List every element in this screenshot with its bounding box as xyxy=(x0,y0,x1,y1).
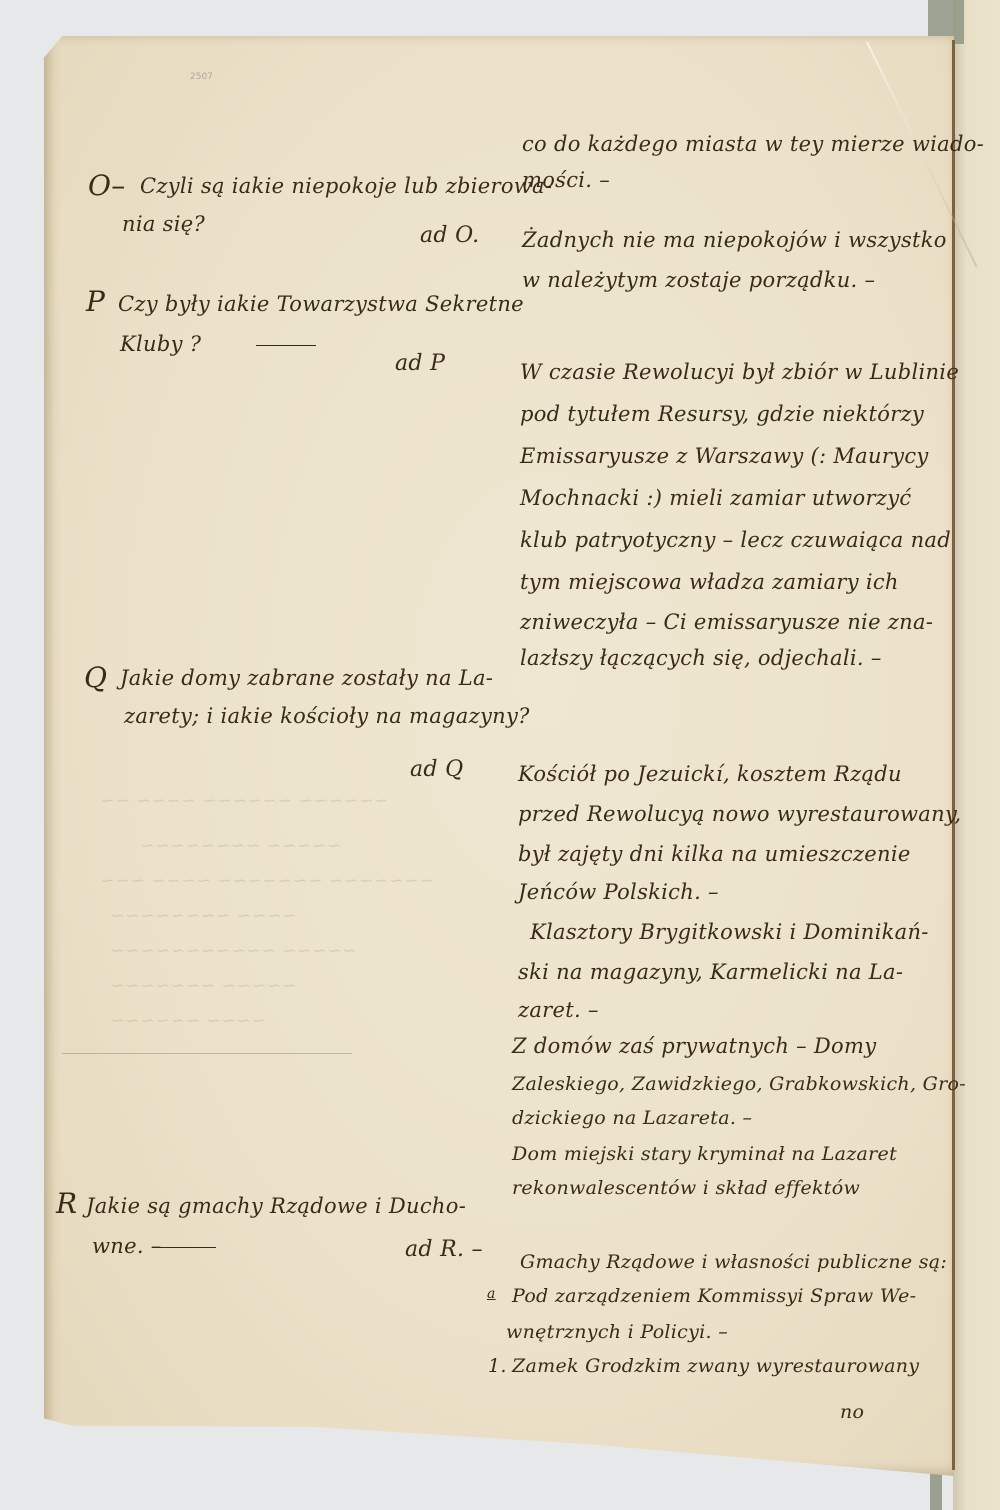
question-line: nia się? xyxy=(122,206,205,242)
answer-line: Klasztory Brygitkowski i Dominikań- xyxy=(530,914,929,950)
answer-line: Jeńców Polskich. – xyxy=(518,874,719,910)
dash-rule xyxy=(250,326,322,362)
question-line: Jakie domy zabrane zostały na La- xyxy=(120,660,493,696)
answer-ref: ad Q xyxy=(410,752,463,788)
item-marker: a xyxy=(487,1276,496,1312)
bleed-through: ~~~~~ ~~~~~~~~ xyxy=(140,835,342,856)
answer-line: ski na magazyny, Karmelicki na La- xyxy=(518,954,903,990)
answer-line: Z domów zaś prywatnych – Domy xyxy=(512,1028,876,1064)
bleed-through: ~~~~ ~~~~~~ xyxy=(110,1010,267,1031)
answer-line: Gmachy Rządowe i własności publiczne są: xyxy=(520,1244,947,1280)
answer-line: wnętrznych i Policyi. – xyxy=(506,1314,728,1350)
item-marker: 1. xyxy=(488,1348,507,1384)
answer-line: pod tytułem Resursy, gdzie niektórzy xyxy=(520,396,924,432)
question-line: Kluby ? xyxy=(120,326,201,362)
pencil-note: 2507 xyxy=(190,72,213,82)
dash-rule xyxy=(150,1228,222,1264)
question-line: zarety; i iakie kościoły na magazyny? xyxy=(124,698,530,734)
question-line: Czyli są iakie niepokoje lub zbierowa- xyxy=(140,168,552,204)
answer-line: Emissaryusze z Warszawy (: Maurycy xyxy=(520,438,929,474)
question-label: R xyxy=(56,1186,77,1222)
answer-line: dzickiego na Lazareta. – xyxy=(512,1100,752,1136)
question-label: O– xyxy=(88,168,126,204)
answer-line: lazłszy łączących się, odjechali. – xyxy=(520,640,882,676)
answer-ref: ad P xyxy=(395,346,445,382)
binding-ribbon-bottom xyxy=(930,1470,942,1510)
answer-line: był zajęty dni kilka na umieszczenie xyxy=(518,836,911,872)
answer-line: przed Rewolucyą nowo wyrestaurowany, xyxy=(518,796,961,832)
answer-line: Kościół po Jezuickí, kosztem Rządu xyxy=(518,756,902,792)
bleed-through: ~~~~~~ ~~~~~~ ~~~~ ~~ xyxy=(100,790,389,811)
answer-ref: ad R. – xyxy=(405,1232,483,1268)
answer-ref: ad O. xyxy=(420,218,479,254)
bleed-through: ~~~~~ ~~~~~~~~~~~ xyxy=(110,940,357,961)
adjacent-page-strip xyxy=(953,0,1000,1510)
answer-line: W czasie Rewolucyi był zbiór w Lublinie xyxy=(520,354,959,390)
bleed-through: ~~~~~~~ ~~~~~~~ ~~~~ ~~~ xyxy=(100,870,434,891)
answer-line: Mochnacki :) mieli zamiar utworzyć xyxy=(520,480,911,516)
answer-line: tym miejscowa władza zamiary ich xyxy=(520,564,899,600)
answer-line: klub patryotyczny – lecz czuwaiąca nad xyxy=(520,522,951,558)
answer-line: rekonwalescentów i skład effektów xyxy=(512,1170,860,1206)
bleed-through: ~~~~ ~~~~~~~~ xyxy=(110,905,297,926)
bleed-through-rule xyxy=(62,1053,352,1054)
page-edge xyxy=(952,40,955,1470)
answer-line: no xyxy=(840,1394,864,1430)
answer-line: Zamek Grodzkim zwany wyrestaurowany xyxy=(512,1348,919,1384)
answer-line: mości. – xyxy=(522,162,610,198)
question-line: Czy były iakie Towarzystwa Sekretne xyxy=(118,286,524,322)
bleed-through: ~~~~~ ~~~~~~~ xyxy=(110,975,297,996)
answer-line: zniweczyła – Ci emissaryusze nie zna- xyxy=(520,604,933,640)
answer-line: Pod zarządzeniem Kommissyi Spraw We- xyxy=(512,1278,916,1314)
answer-line: Zaleskiego, Zawidzkiego, Grabkowskich, G… xyxy=(512,1066,966,1102)
answer-line: w należytym zostaje porządku. – xyxy=(522,262,875,298)
answer-line: Żadnych nie ma niepokojów i wszystko xyxy=(522,222,947,258)
question-line: Jakie są gmachy Rządowe i Ducho- xyxy=(86,1188,466,1224)
question-label: Q xyxy=(84,660,107,696)
answer-line: co do każdego miasta w tey mierze wiado- xyxy=(522,126,984,162)
question-label: P xyxy=(86,284,105,320)
answer-line: zaret. – xyxy=(518,992,599,1028)
answer-line: Dom miejski stary kryminał na Lazaret xyxy=(512,1136,897,1172)
